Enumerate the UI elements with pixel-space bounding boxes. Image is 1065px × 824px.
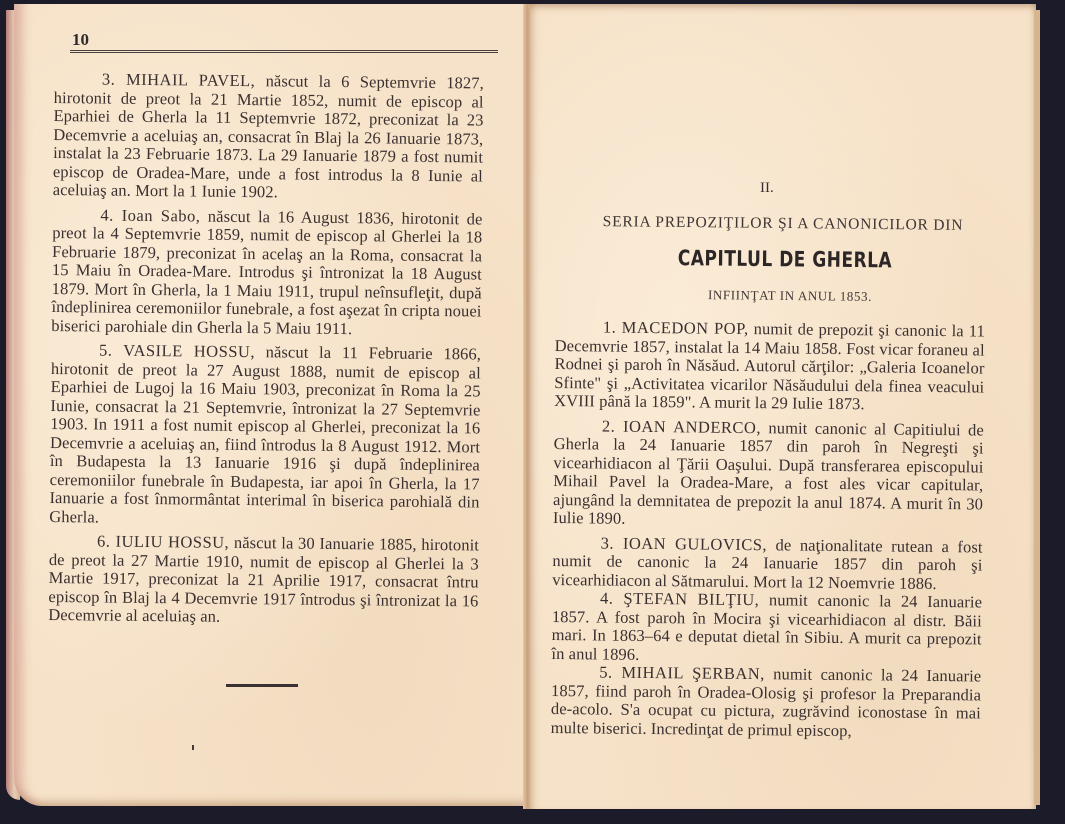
page-number: 10 <box>72 30 89 50</box>
entry-name: 5. VASILE HOSSU, <box>99 340 255 361</box>
section-founded-year: INFIINŢAT IN ANUL 1853. <box>640 286 940 305</box>
right-page-text: 1. MACEDON POP, numit de prepozit şi can… <box>551 318 985 747</box>
entry-text: numit canonic al Capitiului de Gherla la… <box>553 418 984 528</box>
entry-name: 3. MIHAIL PAVEL, <box>102 70 256 91</box>
entry-name: 4. Ioan Sabo, <box>100 205 200 225</box>
entry-macedon-pop: 1. MACEDON POP, numit de prepozit şi can… <box>554 318 985 415</box>
entry-text: născut la 6 Septemvrie 1827, hirotonit d… <box>53 71 484 201</box>
open-book: 10 3. MIHAIL PAVEL, născut la 6 Septemvr… <box>0 0 1065 824</box>
entry-name: 2. IOAN ANDERCO, <box>602 416 761 437</box>
entry-ioan-anderco: 2. IOAN ANDERCO, numit canonic al Capiti… <box>553 416 984 531</box>
entry-name: 6. IULIU HOSSU, <box>97 531 229 551</box>
left-page-text: 3. MIHAIL PAVEL, născut la 6 Septemvrie … <box>48 70 484 635</box>
entry-iuliu-hossu: 6. IULIU HOSSU, născut la 30 Ianuarie 18… <box>48 532 479 629</box>
entry-ioan-gulovics: 3. IOAN GULOVICS, de naţionalitate rutea… <box>552 533 983 593</box>
section-end-rule <box>226 684 298 687</box>
right-page-edges <box>1034 10 1040 805</box>
entry-stefan-biltiu: 4. ŞTEFAN BILŢIU, numit canonic la 24 Ia… <box>551 589 982 667</box>
entry-name: 5. MIHAIL ŞERBAN, <box>599 662 765 683</box>
section-number: II. <box>760 180 774 197</box>
entry-name: 1. MACEDON POP, <box>603 318 749 339</box>
paper-speck <box>192 745 194 750</box>
header-rule <box>70 50 498 53</box>
entry-ioan-sabo: 4. Ioan Sabo, născut la 16 August 1836, … <box>51 205 482 339</box>
entry-text: născut la 16 August 1836, hirotonit de p… <box>51 206 482 338</box>
entry-name: 4. ŞTEFAN BILŢIU, <box>600 588 759 609</box>
entry-text: născut la 11 Februarie 1866, hirotonit d… <box>49 342 481 526</box>
entry-vasile-hossu: 5. VASILE HOSSU, născut la 11 Februarie … <box>49 341 481 530</box>
section-subtitle: CAPITLUL DE GHERLA <box>620 246 950 274</box>
entry-name: 3. IOAN GULOVICS, <box>601 533 768 554</box>
entry-mihail-pavel: 3. MIHAIL PAVEL, născut la 6 Septemvrie … <box>53 70 484 204</box>
entry-mihail-serban: 5. MIHAIL ŞERBAN, numit canonic la 24 Ia… <box>551 663 982 741</box>
